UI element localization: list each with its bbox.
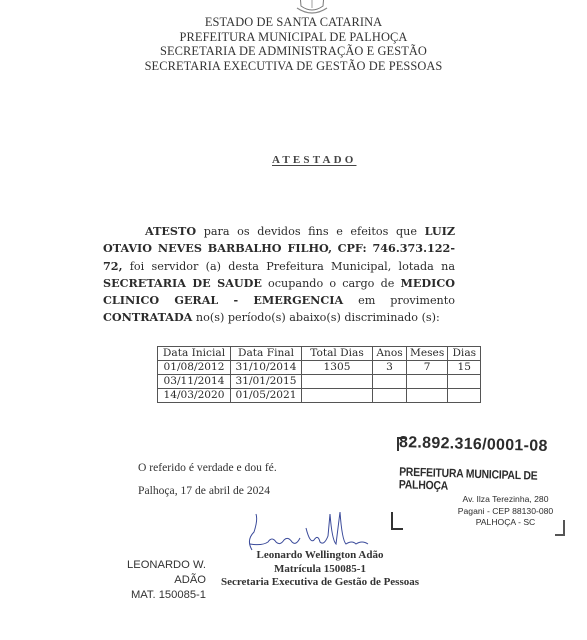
- signature-block: Leonardo Wellington Adão Matrícula 15008…: [205, 549, 435, 590]
- table-row: 14/03/2020 01/05/2021: [158, 389, 481, 403]
- document-title: ATESTADO: [272, 154, 356, 166]
- atesto-word: ATESTO: [145, 224, 196, 238]
- cell: 31/01/2015: [231, 375, 302, 389]
- cell: 14/03/2020: [158, 389, 231, 403]
- letterhead: ESTADO DE SANTA CATARINA PREFEITURA MUNI…: [0, 15, 587, 73]
- cell: [302, 389, 373, 403]
- cell: [448, 375, 481, 389]
- col-meses: Meses: [407, 347, 448, 361]
- header-line-state: ESTADO DE SANTA CATARINA: [0, 15, 587, 30]
- place-date: Palhoça, 17 de abril de 2024: [138, 484, 270, 497]
- stamp-org: PREFEITURA MUNICIPAL DE PALHOÇA: [399, 466, 581, 497]
- col-data-inicial: Data Inicial: [158, 347, 231, 361]
- cell: [448, 389, 481, 403]
- cell: [407, 375, 448, 389]
- cell: 1305: [302, 361, 373, 375]
- attestation-paragraph: ATESTO para os devidos fins e efeitos qu…: [103, 223, 455, 327]
- body-text-6: no(s) período(s) abaixo(s) discriminado …: [192, 311, 439, 324]
- cell: 01/05/2021: [231, 389, 302, 403]
- stamp-address-line: Av. Ilza Terezinha, 280: [453, 494, 558, 506]
- cell: 15: [448, 361, 481, 375]
- stamp-cnpj: 82.892.316/0001-08: [399, 434, 548, 456]
- closing-statement: O referido é verdade e dou fé.: [138, 461, 277, 474]
- periods-table: Data Inicial Data Final Total Dias Anos …: [157, 346, 481, 403]
- stamp-corner-mark: [555, 520, 565, 536]
- stamp-address-line: Pagani - CEP 88130-080: [453, 506, 558, 518]
- signer-stamp: LEONARDO W. ADÃO MAT. 150085-1: [106, 558, 206, 603]
- secretaria-name: SECRETARIA DE SAUDE: [103, 276, 262, 290]
- cell: [302, 375, 373, 389]
- signer-stamp-mat: MAT. 150085-1: [106, 588, 206, 603]
- table-row: 01/08/2012 31/10/2014 1305 3 7 15: [158, 361, 481, 375]
- header-line-secretaria-admin: SECRETARIA DE ADMINISTRAÇÃO E GESTÃO: [0, 44, 587, 59]
- municipal-crest-icon: [295, 0, 329, 16]
- cell: [373, 375, 407, 389]
- header-line-prefeitura: PREFEITURA MUNICIPAL DE PALHOÇA: [0, 30, 587, 45]
- stamp-address: Av. Ilza Terezinha, 280 Pagani - CEP 881…: [453, 494, 558, 529]
- signer-name: Leonardo Wellington Adão: [205, 549, 435, 563]
- body-text-3: foi servidor (a) desta Prefeitura Munici…: [122, 260, 455, 273]
- col-total-dias: Total Dias: [302, 347, 373, 361]
- cnpj-stamp: 82.892.316/0001-08 PREFEITURA MUNICIPAL …: [395, 432, 580, 542]
- table-row: 03/11/2014 31/01/2015: [158, 375, 481, 389]
- body-text-5: em provimento: [343, 294, 455, 307]
- signer-stamp-name: LEONARDO W. ADÃO: [106, 558, 206, 588]
- cell: 03/11/2014: [158, 375, 231, 389]
- body-text-1: para os devidos fins e efeitos que: [196, 225, 425, 238]
- cell: 7: [407, 361, 448, 375]
- stamp-address-line: PALHOÇA - SC: [453, 517, 558, 529]
- col-dias: Dias: [448, 347, 481, 361]
- body-text-4: ocupando o cargo de: [262, 277, 401, 290]
- table-header-row: Data Inicial Data Final Total Dias Anos …: [158, 347, 481, 361]
- col-anos: Anos: [373, 347, 407, 361]
- signer-matricula: Matrícula 150085-1: [205, 563, 435, 577]
- cell: [373, 389, 407, 403]
- header-line-secretaria-exec: SECRETARIA EXECUTIVA DE GESTÃO DE PESSOA…: [0, 59, 587, 74]
- signer-role: Secretaria Executiva de Gestão de Pessoa…: [205, 576, 435, 590]
- cell: 01/08/2012: [158, 361, 231, 375]
- col-data-final: Data Final: [231, 347, 302, 361]
- stamp-corner-mark: [391, 512, 403, 530]
- cell: 3: [373, 361, 407, 375]
- provimento-type: CONTRATADA: [103, 310, 192, 324]
- cell: [407, 389, 448, 403]
- cell: 31/10/2014: [231, 361, 302, 375]
